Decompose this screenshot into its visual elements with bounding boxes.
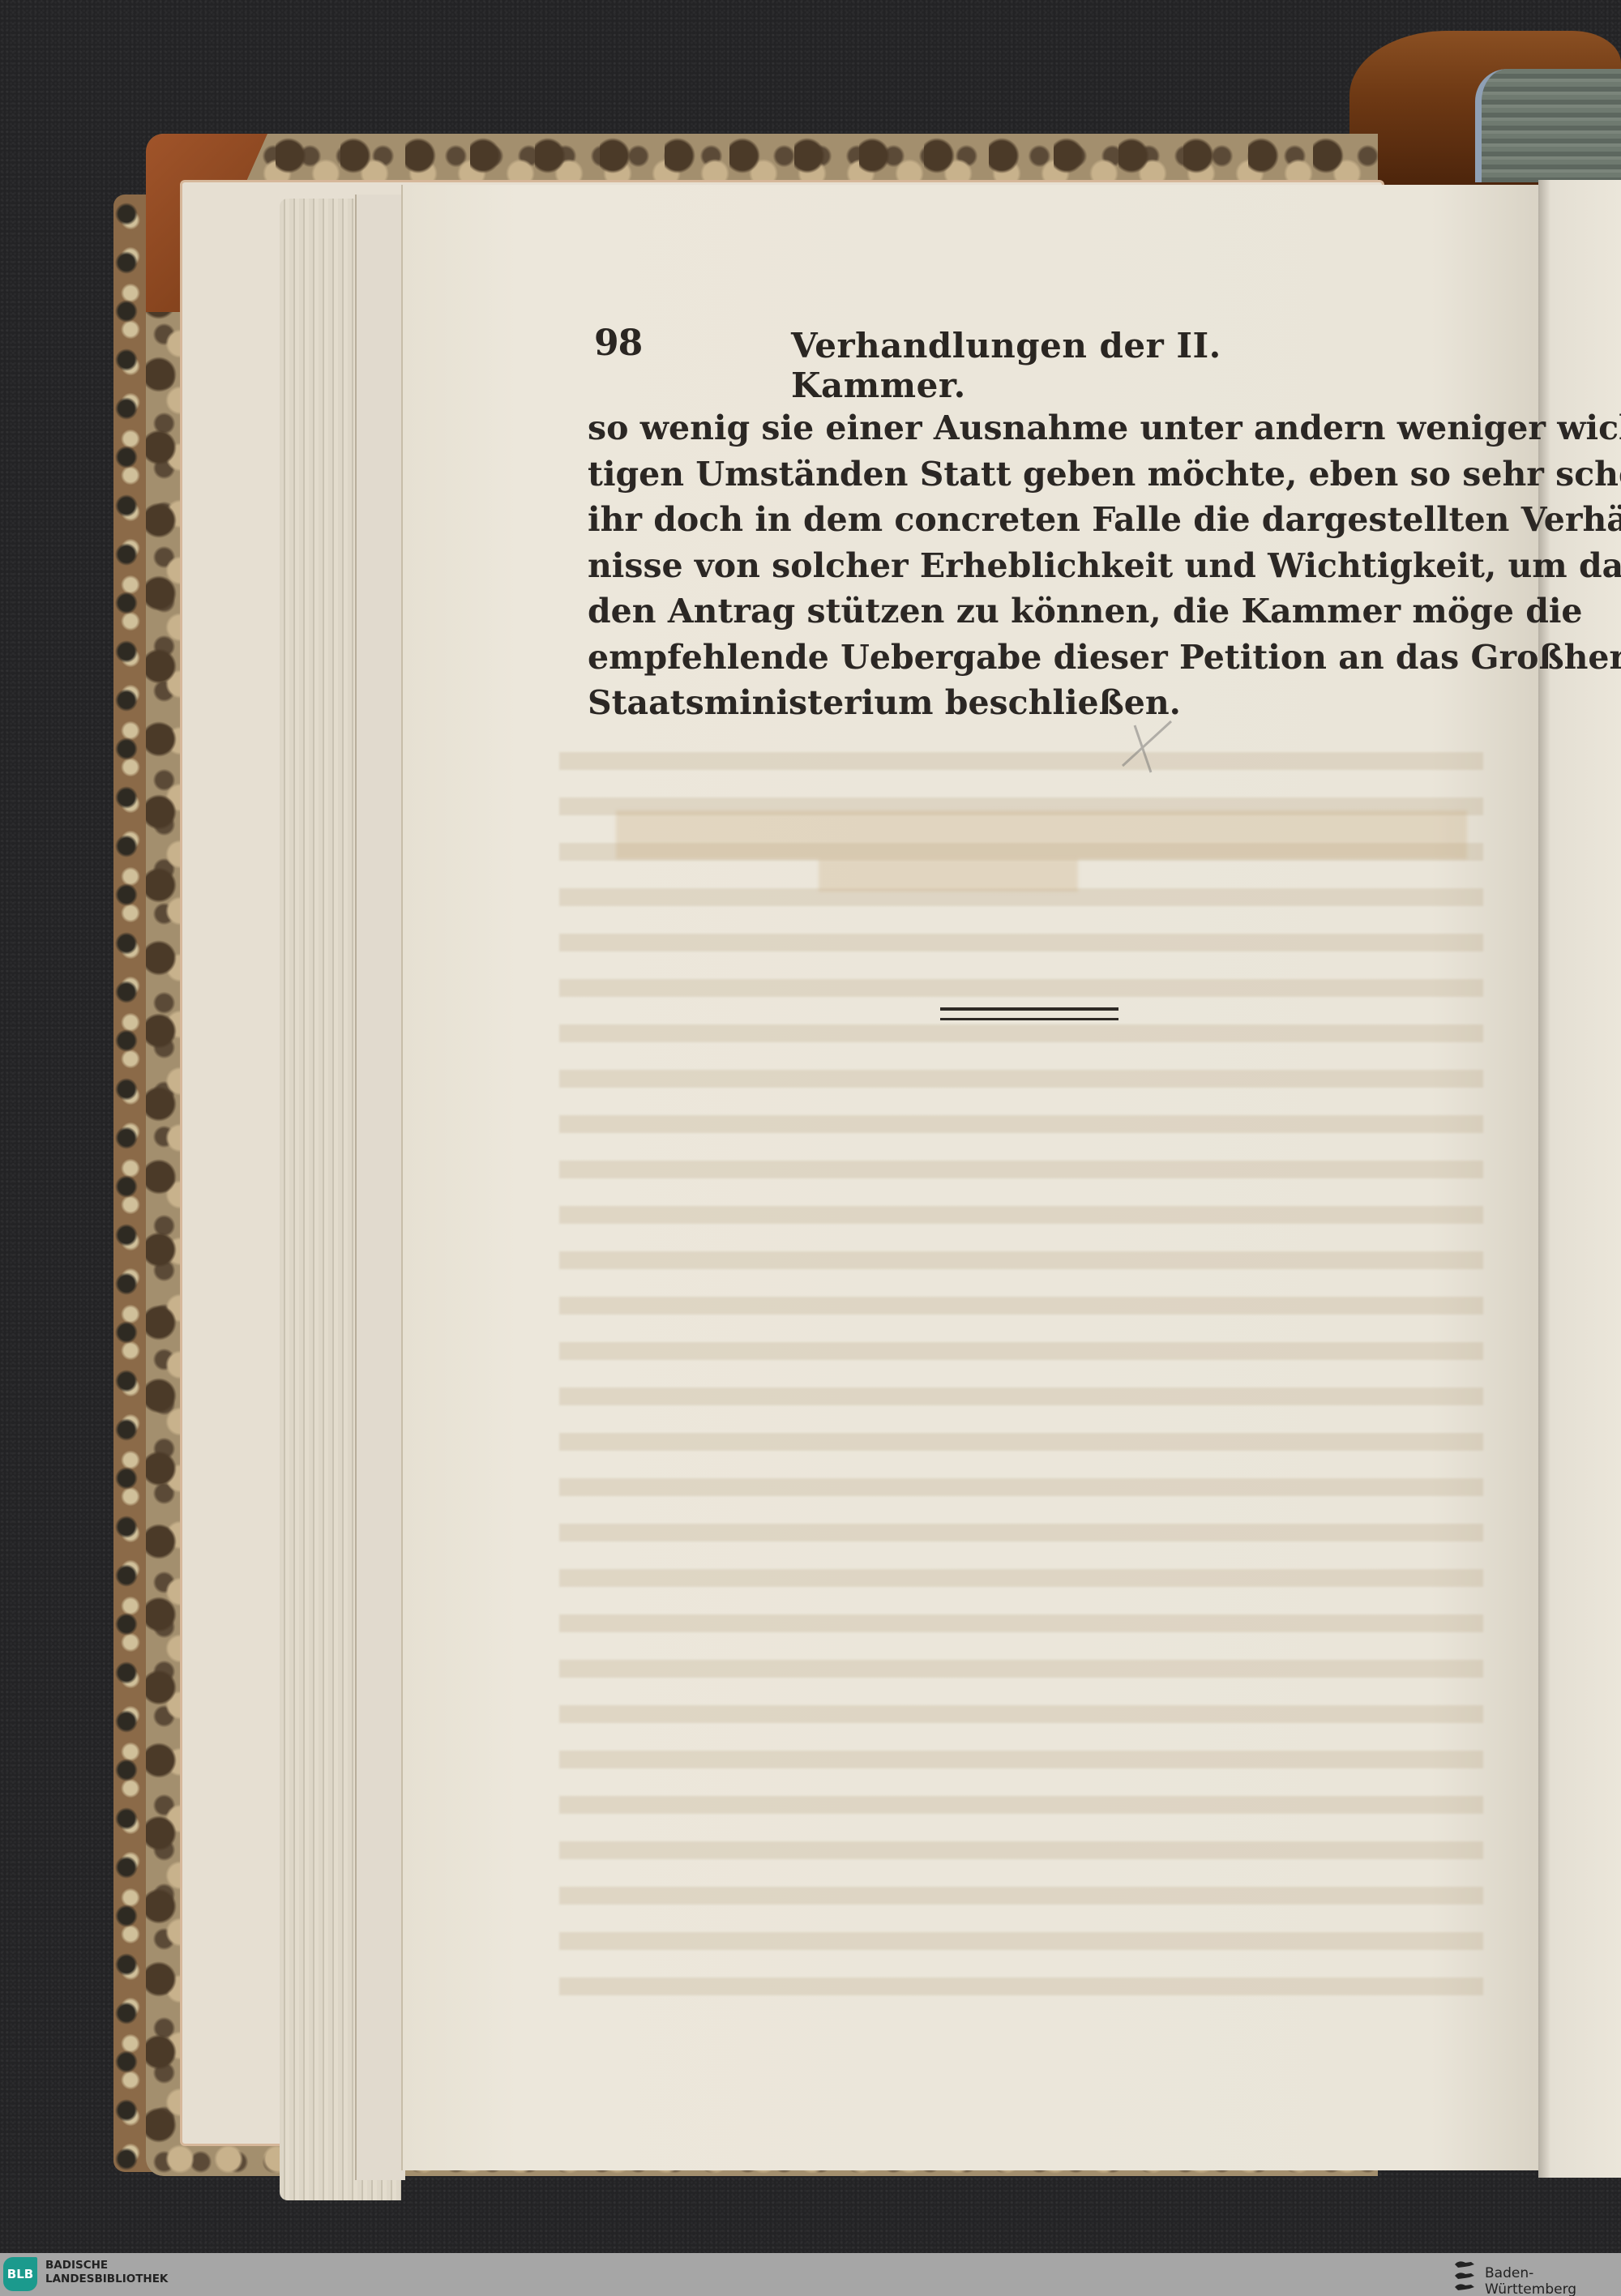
page-number: 98 [594,323,642,364]
footer-bar: BLB BADISCHE LANDESBIBLIOTHEK Baden-Würt… [0,2253,1621,2296]
pencil-mark-icon [1114,717,1179,774]
text-line: so wenig sie einer Ausnahme unter andern… [588,405,1499,451]
three-lions-coat-of-arms-icon [1453,2258,1476,2292]
page-stack-inner [355,195,405,2180]
text-line: tigen Umständen Statt geben möchte, eben… [588,451,1499,498]
bleed-through-heading [616,810,1467,859]
body-text: so wenig sie einer Ausnahme unter andern… [588,405,1499,726]
running-title: Verhandlungen der II. Kammer. [791,326,1307,405]
text-line: nisse von solcher Erheblichkeit und Wich… [588,543,1499,589]
text-line: Staatsministerium beschließen. [588,680,1499,726]
blb-logo-badge: BLB [3,2257,37,2291]
bleed-through-subheading [819,859,1078,891]
blb-line2: LANDESBIBLIOTHEK [45,2272,168,2286]
baden-wuerttemberg-logo-text: Baden-Württemberg [1485,2265,1621,2296]
text-line: ihr doch in dem concreten Falle die darg… [588,497,1499,543]
text-line: empfehlende Uebergabe dieser Petition an… [588,635,1499,681]
bleed-through-text [559,738,1483,2002]
text-line: den Antrag stützen zu können, die Kammer… [588,588,1499,635]
section-separator-rule [940,1007,1118,1020]
blb-logo-text: BADISCHE LANDESBIBLIOTHEK [45,2259,168,2286]
book-page-edges [1475,69,1621,182]
blb-line1: BADISCHE [45,2259,168,2272]
page-header: 98 Verhandlungen der II. Kammer. [594,323,1307,368]
